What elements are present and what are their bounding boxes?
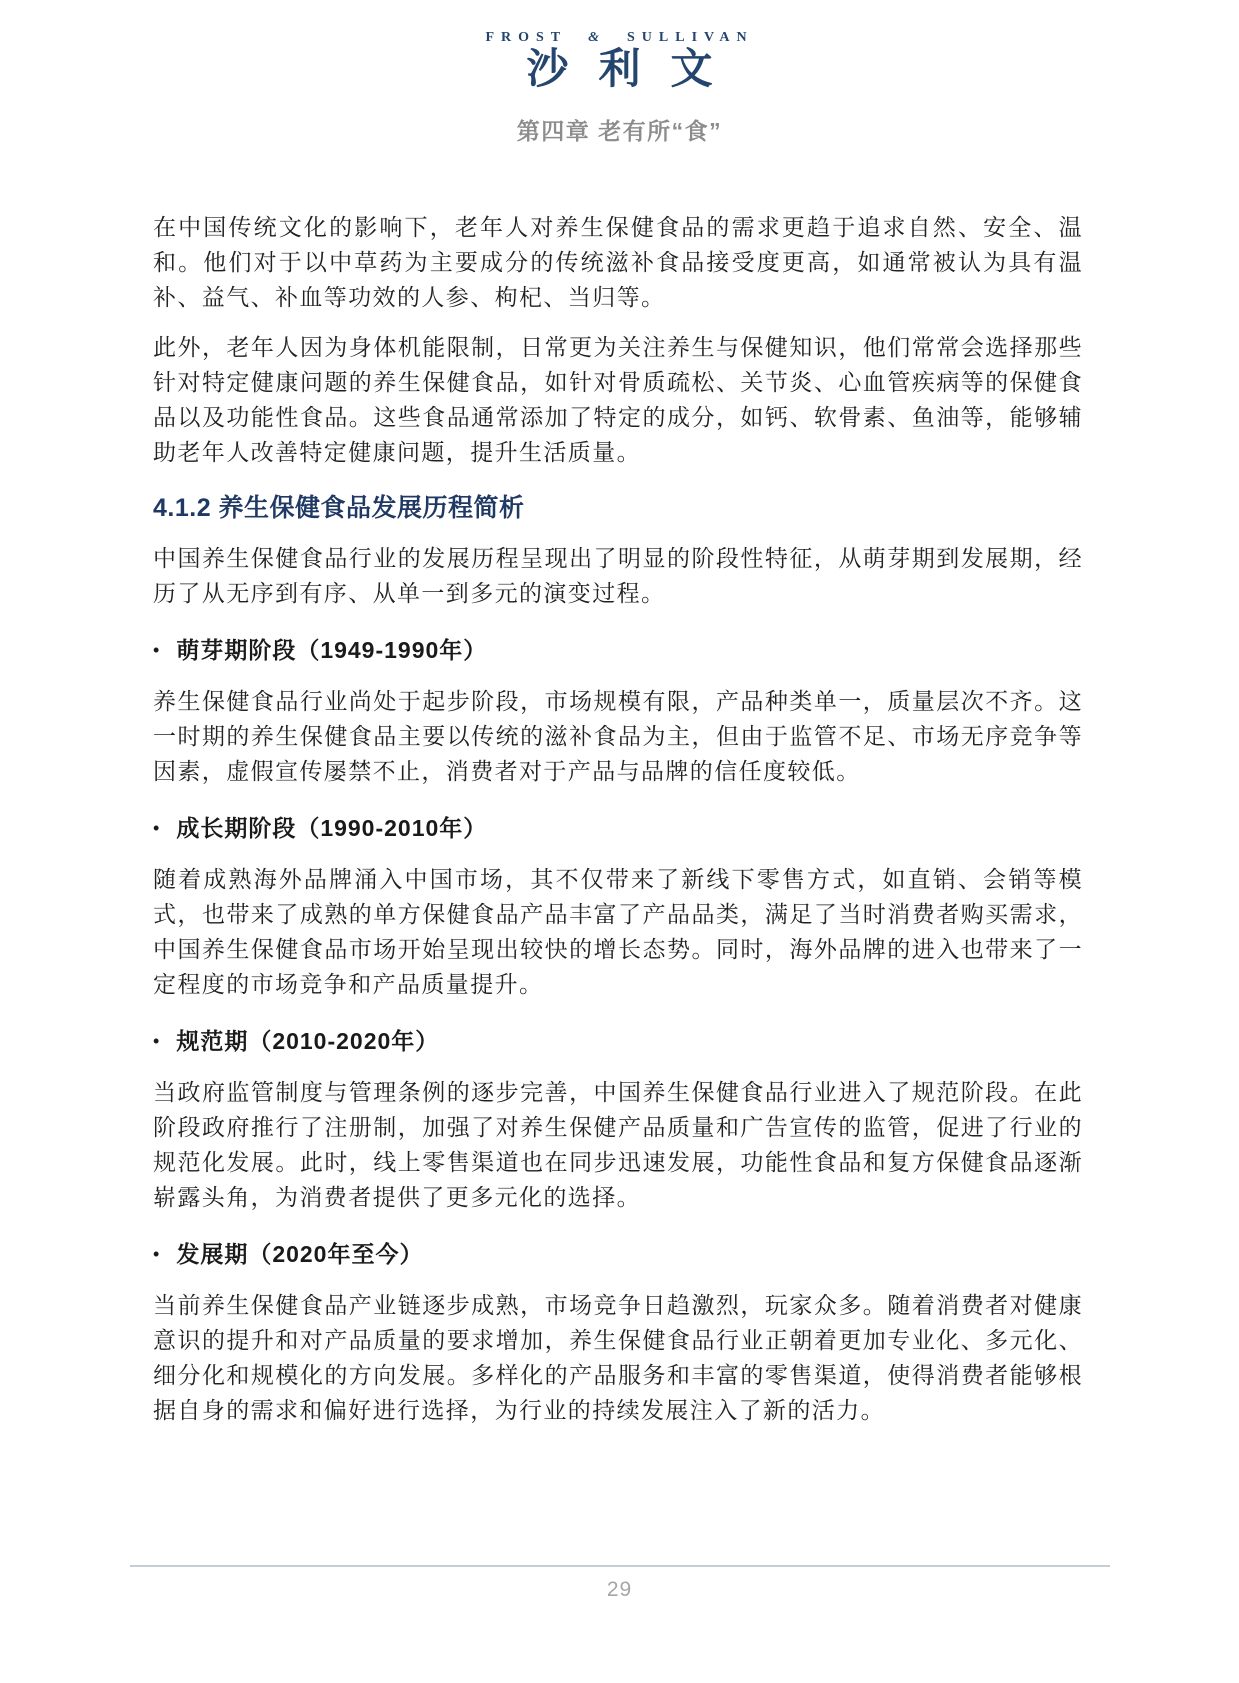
report-page: FROST & SULLIVAN 沙利文 第四章 老有所“食” 在中国传统文化的… [0, 0, 1239, 1683]
stage-heading-development: • 发展期（2020年至今） [153, 1236, 1083, 1269]
page-number: 29 [0, 1578, 1239, 1602]
stage-paragraph-growth: 随着成熟海外品牌涌入中国市场，其不仅带来了新线下零售方式，如直销、会销等模式，也… [153, 862, 1083, 1002]
stage-heading-germination: • 萌芽期阶段（1949-1990年） [153, 632, 1083, 665]
logo-word-frost: FROST [485, 30, 567, 45]
paragraph-intro-1: 在中国传统文化的影响下，老年人对养生保健食品的需求更趋于追求自然、安全、温和。他… [153, 210, 1083, 315]
stage-heading-standardization: • 规范期（2010-2020年） [153, 1023, 1083, 1056]
footer-divider-line [130, 1565, 1110, 1567]
page-header: FROST & SULLIVAN 沙利文 第四章 老有所“食” [0, 0, 1239, 146]
bullet-marker: • [153, 1032, 160, 1050]
document-body: 在中国传统文化的影响下，老年人对养生保健食品的需求更趋于追求自然、安全、温和。他… [153, 210, 1083, 1428]
section-intro-paragraph: 中国养生保健食品行业的发展历程呈现出了明显的阶段性特征，从萌芽期到发展期，经历了… [153, 541, 1083, 611]
logo-word-sullivan: SULLIVAN [627, 30, 754, 45]
bullet-marker: • [153, 819, 160, 837]
stage-heading-label: 规范期（2010-2020年） [176, 1023, 439, 1056]
frost-sullivan-logo: FROST & SULLIVAN 沙利文 [0, 30, 1239, 91]
logo-chinese-wordmark: 沙利文 [0, 47, 1239, 91]
chapter-title: 第四章 老有所“食” [0, 113, 1239, 146]
logo-english-wordmark: FROST & SULLIVAN [0, 30, 1239, 46]
stage-paragraph-development: 当前养生保健食品产业链逐步成熟，市场竞争日趋激烈，玩家众多。随着消费者对健康意识… [153, 1288, 1083, 1428]
stage-paragraph-germination: 养生保健食品行业尚处于起步阶段，市场规模有限，产品种类单一，质量层次不齐。这一时… [153, 684, 1083, 789]
stage-heading-label: 发展期（2020年至今） [176, 1236, 423, 1269]
bullet-marker: • [153, 641, 160, 659]
paragraph-intro-2: 此外，老年人因为身体机能限制，日常更为关注养生与保健知识，他们常常会选择那些针对… [153, 330, 1083, 470]
stage-heading-label: 萌芽期阶段（1949-1990年） [176, 632, 487, 665]
stage-heading-label: 成长期阶段（1990-2010年） [176, 810, 487, 843]
stage-paragraph-standardization: 当政府监管制度与管理条例的逐步完善，中国养生保健食品行业进入了规范阶段。在此阶段… [153, 1075, 1083, 1215]
logo-ampersand: & [588, 30, 606, 45]
section-heading-4-1-2: 4.1.2 养生保健食品发展历程简析 [153, 492, 1083, 524]
bullet-marker: • [153, 1245, 160, 1263]
stage-heading-growth: • 成长期阶段（1990-2010年） [153, 810, 1083, 843]
